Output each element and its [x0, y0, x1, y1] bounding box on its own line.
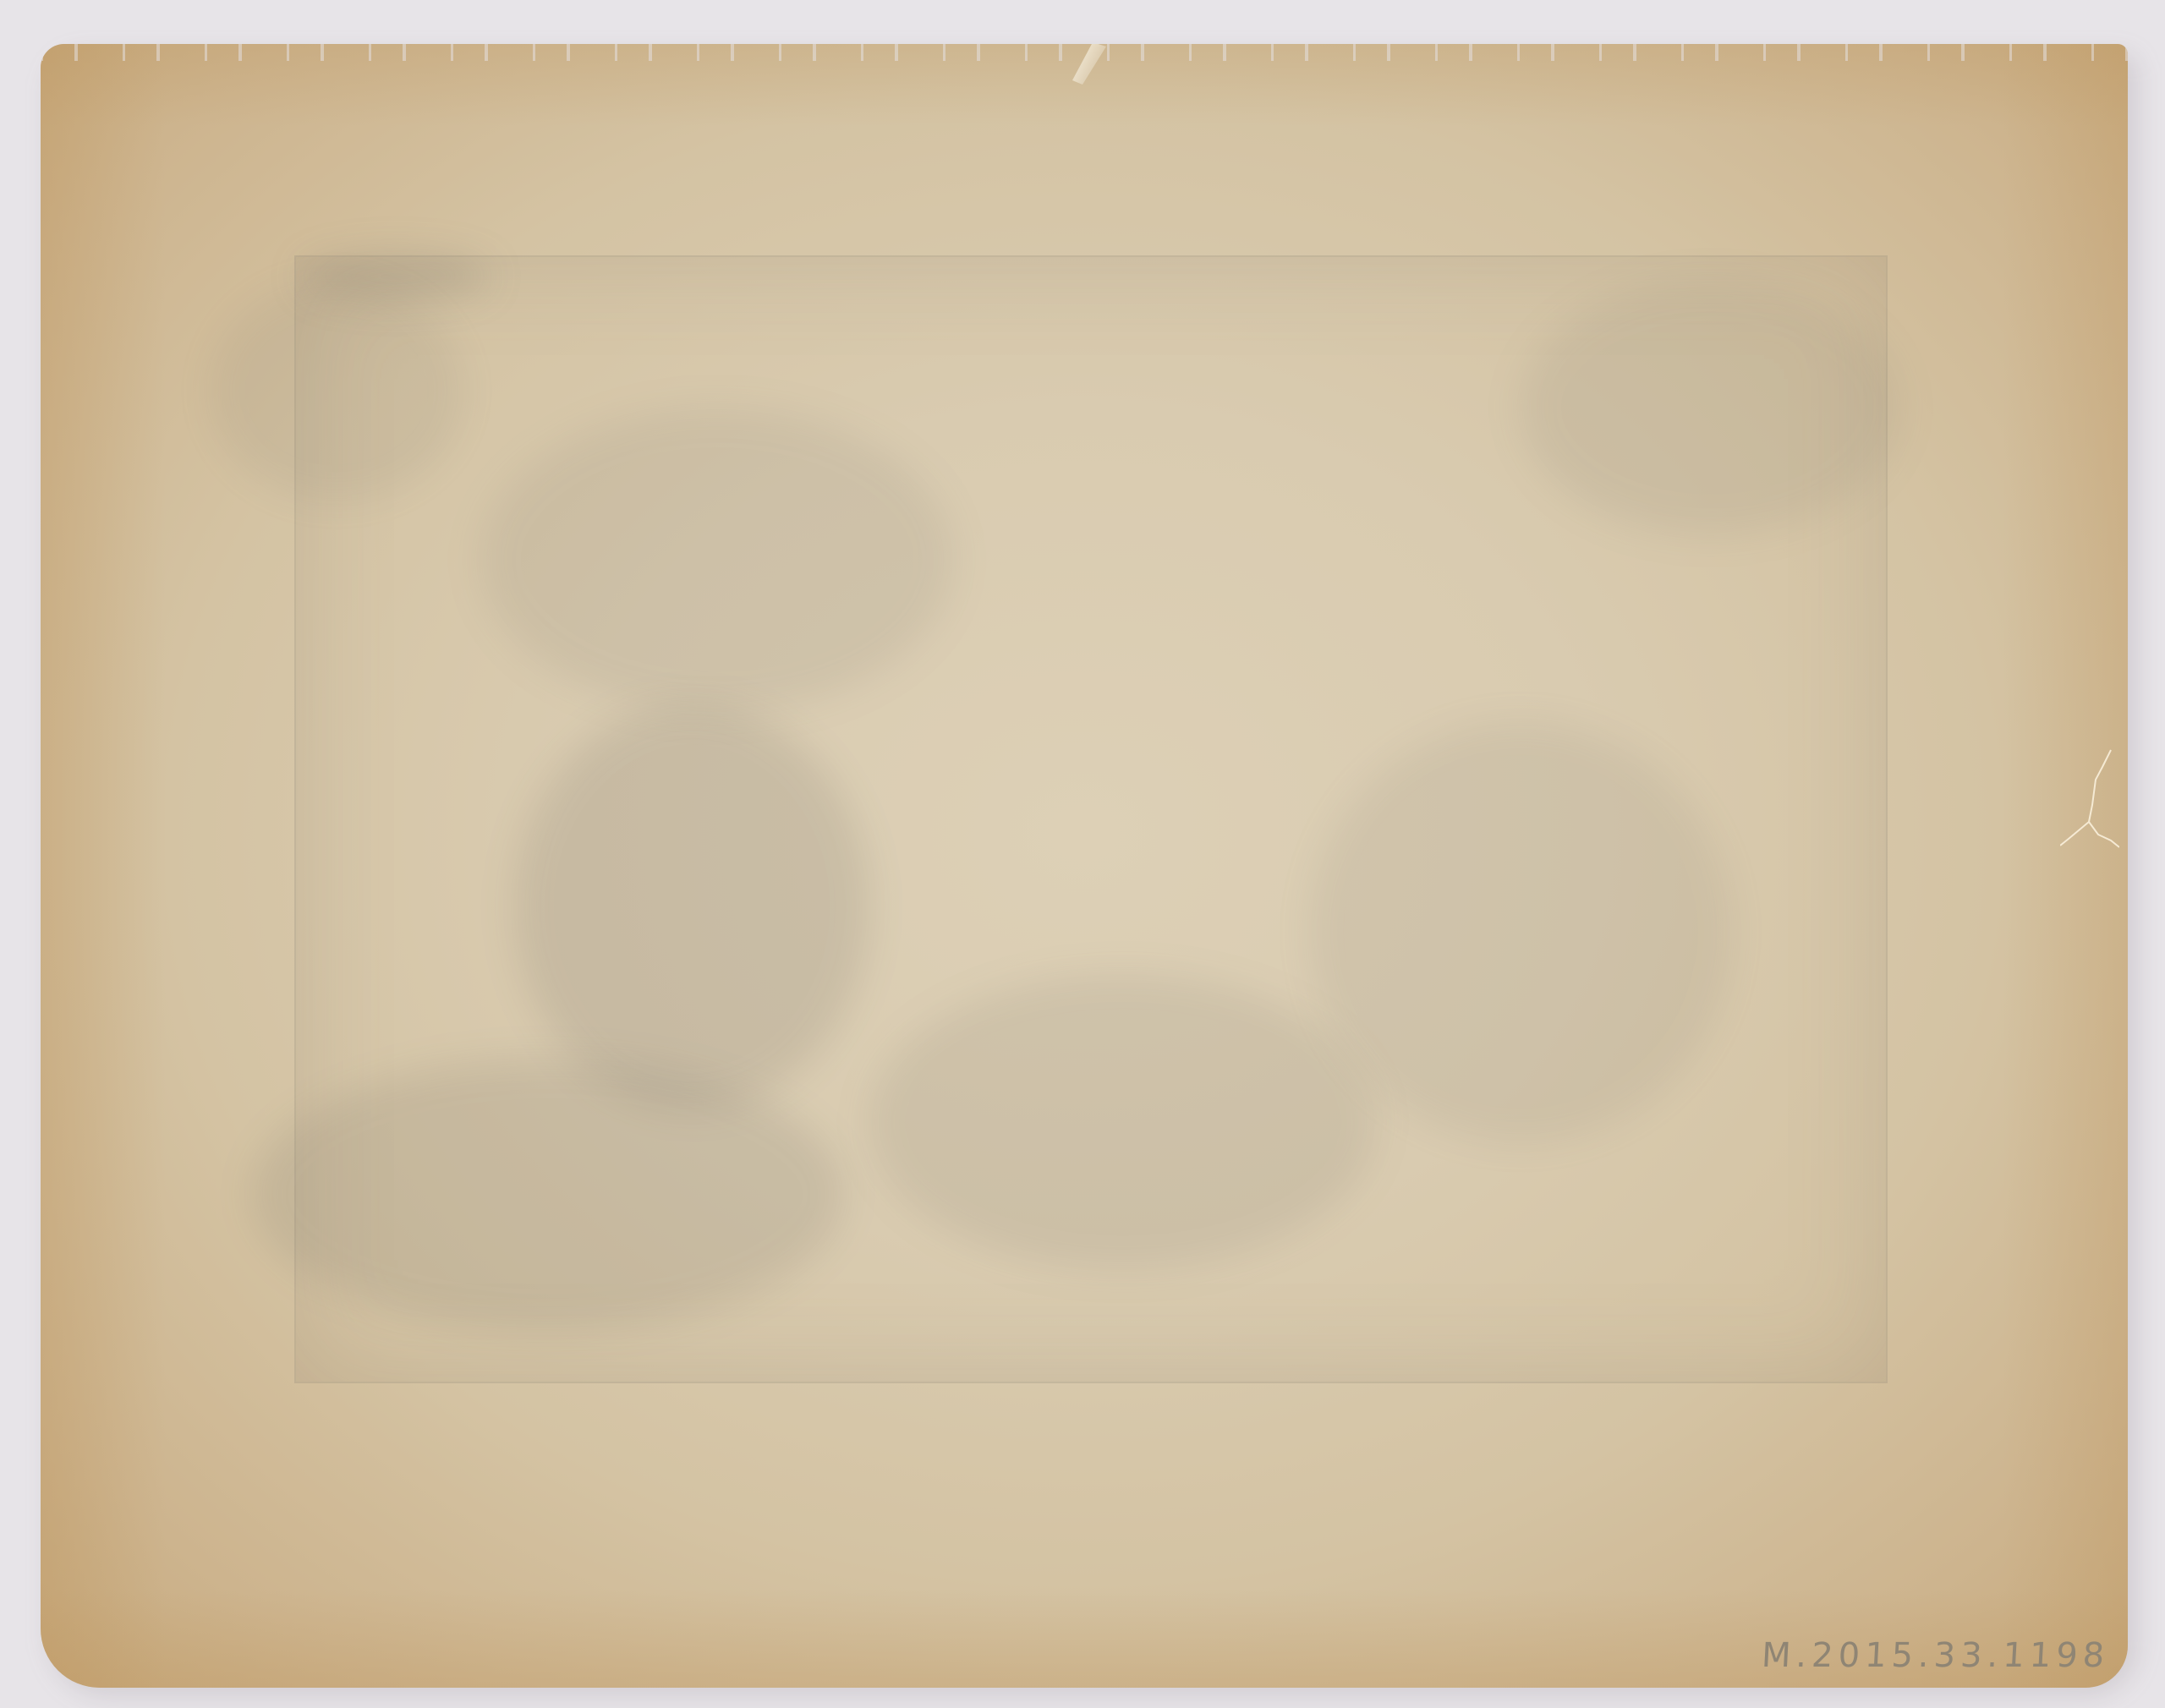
- paper-sheet: [41, 44, 2128, 1688]
- accession-number: M.2015.33.1198: [1761, 1636, 2111, 1675]
- right-edge-tear: [2060, 746, 2119, 881]
- graphite-smudge: [480, 408, 954, 712]
- graphite-smudge: [514, 703, 869, 1109]
- graphite-smudge: [1521, 281, 1901, 534]
- graphite-smudge: [869, 974, 1377, 1270]
- graphite-smudge: [1309, 720, 1732, 1143]
- graphite-smudge: [210, 281, 463, 501]
- graphite-smudge: [252, 1059, 844, 1329]
